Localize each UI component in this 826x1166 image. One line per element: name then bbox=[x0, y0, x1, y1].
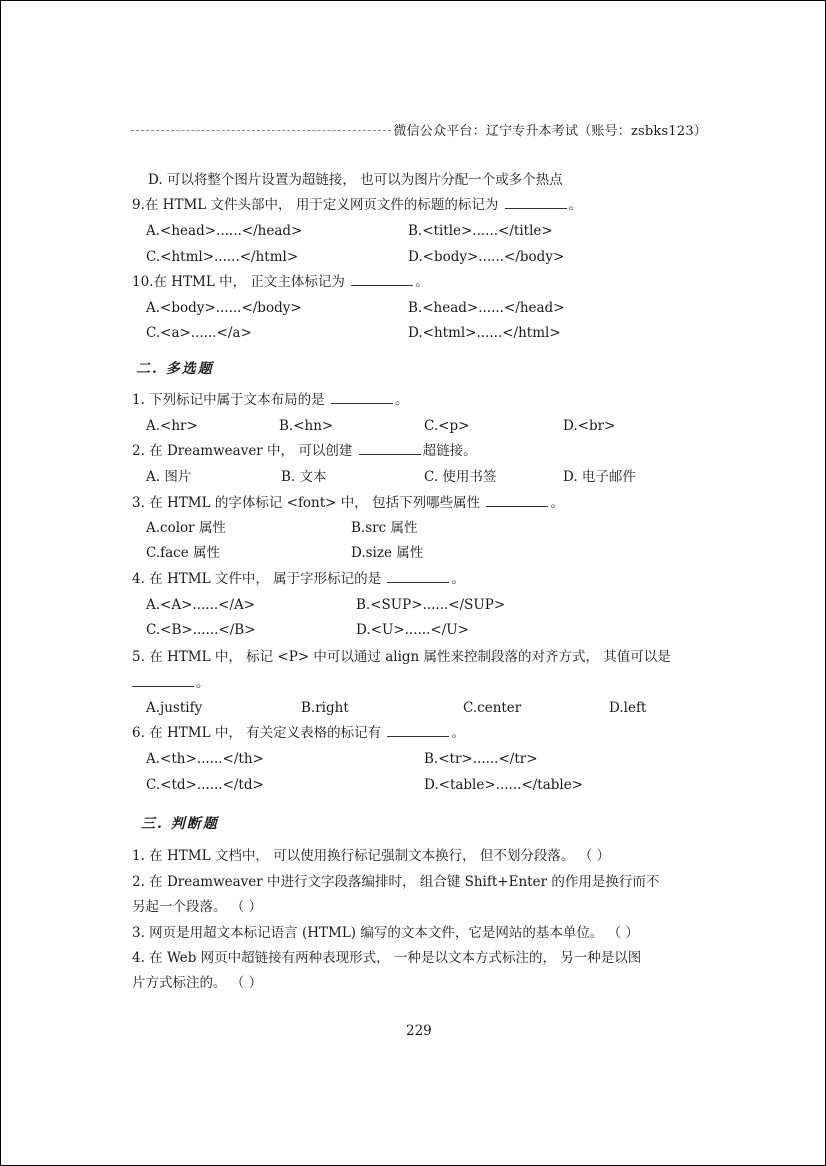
option-c: C.<td>......</td> bbox=[146, 776, 264, 794]
question-stem: 1. 下列标记中属于文本布局的是 。 bbox=[132, 391, 408, 409]
question-text: 在 HTML 中， 正文主体标记为 bbox=[153, 274, 344, 290]
option-a: A.<th>......</th> bbox=[146, 750, 264, 768]
option-a: A. 图片 bbox=[146, 468, 191, 486]
tf-question-4-continued: 片方式标注的。 （ ） bbox=[132, 974, 262, 992]
question-text-end: 。 bbox=[196, 675, 210, 691]
option-d: D. 电子邮件 bbox=[563, 468, 636, 486]
option-c: C.<p> bbox=[424, 417, 469, 435]
option-d: D.left bbox=[609, 699, 646, 717]
answer-blank bbox=[331, 391, 393, 404]
question-text-end: 。 bbox=[415, 274, 429, 290]
question-stem: 10.在 HTML 中， 正文主体标记为 。 bbox=[132, 273, 429, 291]
header-dashed-rule bbox=[131, 130, 391, 131]
answer-blank bbox=[351, 273, 413, 286]
question-text-end: 超链接。 bbox=[423, 443, 477, 459]
question-text: 在 HTML 文件头部中， 用于定义网页文件的标题的标记为 bbox=[145, 197, 498, 213]
question-stem: 2. 在 Dreamweaver 中， 可以创建 超链接。 bbox=[132, 442, 477, 460]
question-stem-continued: 。 bbox=[132, 674, 210, 692]
question-text: 在 HTML 文件中， 属于字形标记的是 bbox=[149, 571, 381, 587]
option-b: B.<head>......</head> bbox=[408, 299, 565, 317]
option-d: D.<table>......</table> bbox=[424, 776, 583, 794]
question-text-end: 。 bbox=[569, 197, 583, 213]
question-number: 4. bbox=[132, 571, 145, 587]
question-stem: 3. 在 HTML 的字体标记 <font> 中， 包括下列哪些属性 。 bbox=[132, 494, 564, 512]
page-number: 229 bbox=[406, 1023, 432, 1039]
option-b: B.<SUP>......</SUP> bbox=[356, 596, 505, 614]
option-b: B.<hn> bbox=[279, 417, 333, 435]
tf-question-4: 4. 在 Web 网页中超链接有两种表现形式， 一种是以文本方式标注的， 另一种… bbox=[132, 949, 641, 967]
question-stem: 9.在 HTML 文件头部中， 用于定义网页文件的标题的标记为 。 bbox=[132, 196, 582, 214]
option-a: A.<body>......</body> bbox=[146, 299, 302, 317]
option-a: A.<head>......</head> bbox=[146, 222, 302, 240]
question-text-end: 。 bbox=[550, 495, 564, 511]
option-c: C.center bbox=[463, 699, 521, 717]
option-d: D.<html>......</html> bbox=[408, 324, 561, 342]
question-number: 2. bbox=[132, 443, 145, 459]
question-number: 3. bbox=[132, 495, 145, 511]
question-text-end: 。 bbox=[451, 725, 465, 741]
option-a: A.justify bbox=[146, 699, 202, 717]
question-text-end: 。 bbox=[395, 392, 409, 408]
option-a: A.<hr> bbox=[146, 417, 198, 435]
option-b: B.right bbox=[301, 699, 349, 717]
option-d: D.<U>......</U> bbox=[356, 621, 469, 639]
option-a: A.color 属性 bbox=[146, 519, 226, 537]
question-text-end: 。 bbox=[451, 571, 465, 587]
answer-blank bbox=[359, 442, 421, 455]
option-c: C.<B>......</B> bbox=[146, 621, 256, 639]
option-d: D.size 属性 bbox=[351, 544, 423, 562]
answer-blank bbox=[486, 494, 548, 507]
question-text: 在 HTML 中， 有关定义表格的标记有 bbox=[149, 725, 381, 741]
section-title-multiple-choice: 二. 多选题 bbox=[136, 358, 214, 378]
question-text: 在 HTML 中， 标记 <P> 中可以通过 align 属性来控制段落的对齐方… bbox=[149, 649, 671, 665]
tf-question-3: 3. 网页是用超文本标记语言 (HTML) 编写的文本文件，它是网站的基本单位。… bbox=[132, 924, 639, 942]
option-c: C.<a>......</a> bbox=[146, 324, 252, 342]
answer-blank bbox=[505, 196, 567, 209]
question-stem: 4. 在 HTML 文件中， 属于字形标记的是 。 bbox=[132, 570, 465, 588]
option-b: B. 文本 bbox=[281, 468, 327, 486]
option-d: D.<br> bbox=[563, 417, 615, 435]
answer-blank bbox=[132, 674, 194, 687]
question-stem: 5. 在 HTML 中， 标记 <P> 中可以通过 align 属性来控制段落的… bbox=[132, 648, 671, 666]
question-number: 1. bbox=[132, 392, 145, 408]
section-title-true-false: 三. 判断题 bbox=[141, 813, 219, 833]
question-stem: 6. 在 HTML 中， 有关定义表格的标记有 。 bbox=[132, 724, 465, 742]
question-number: 5. bbox=[132, 649, 145, 665]
answer-blank bbox=[387, 724, 449, 737]
question-text: 在 HTML 的字体标记 <font> 中， 包括下列哪些属性 bbox=[149, 495, 480, 511]
option-c: C.face 属性 bbox=[146, 544, 220, 562]
question-number: 10. bbox=[132, 274, 153, 290]
question-number: 9. bbox=[132, 197, 145, 213]
tf-question-2-continued: 另起一个段落。 （ ） bbox=[132, 898, 262, 916]
header-text: 微信公众平台：辽宁专升本考试（账号：zsbks123） bbox=[393, 120, 707, 139]
option-d: D.<body>......</body> bbox=[408, 248, 564, 266]
question-text: 在 Dreamweaver 中， 可以创建 bbox=[149, 443, 352, 459]
answer-blank bbox=[387, 570, 449, 583]
prev-question-option-d: D. 可以将整个图片设置为超链接， 也可以为图片分配一个或多个热点 bbox=[148, 171, 563, 189]
option-c: C. 使用书签 bbox=[424, 468, 496, 486]
tf-question-1: 1. 在 HTML 文档中， 可以使用换行标记强制文本换行， 但不划分段落。 （… bbox=[132, 847, 610, 865]
document-page: 微信公众平台：辽宁专升本考试（账号：zsbks123） D. 可以将整个图片设置… bbox=[0, 0, 826, 1166]
option-a: A.<A>......</A> bbox=[146, 596, 255, 614]
question-number: 6. bbox=[132, 725, 145, 741]
option-b: B.src 属性 bbox=[351, 519, 417, 537]
question-text: 下列标记中属于文本布局的是 bbox=[149, 392, 325, 408]
option-c: C.<html>......</html> bbox=[146, 248, 298, 266]
tf-question-2: 2. 在 Dreamweaver 中进行文字段落编排时， 组合键 Shift+E… bbox=[132, 873, 659, 891]
option-b: B.<tr>......</tr> bbox=[424, 750, 538, 768]
option-b: B.<title>......</title> bbox=[408, 222, 553, 240]
page-header: 微信公众平台：辽宁专升本考试（账号：zsbks123） bbox=[131, 120, 707, 138]
